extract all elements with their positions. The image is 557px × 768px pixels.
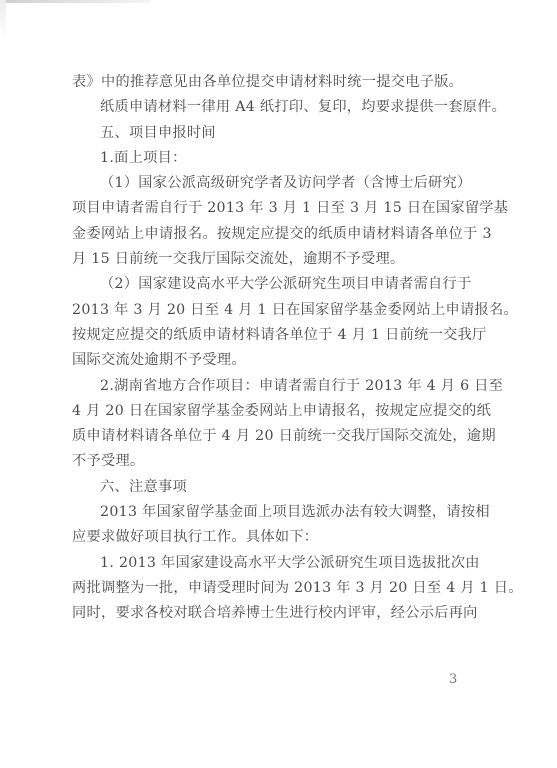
text-line: （2）国家建设高水平大学公派研究生项目申请者需自行于 <box>72 272 458 297</box>
text-line: 4 月 20 日在国家留学基金委网站上申请报名，按规定应提交的纸 <box>72 399 458 424</box>
document-body: 表》中的推荐意见由各单位提交申请材料时统一提交电子版。 纸质申请材料一律用 A4… <box>72 70 458 627</box>
text-line: 国际交流处逾期不予受理。 <box>72 348 458 373</box>
subsection-heading: 1.面上项目： <box>72 146 458 171</box>
text-line: 不予受理。 <box>72 449 458 474</box>
text-line: 2013 年 3 月 20 日至 4 月 1 日在国家留学基金委网站上申请报名。 <box>72 298 458 323</box>
section-heading: 六、注意事项 <box>72 475 458 500</box>
text-line: （1）国家公派高级研究学者及访问学者（含博士后研究） <box>72 171 458 196</box>
text-line: 月 15 日前统一交我厅国际交流处，逾期不予受理。 <box>72 247 458 272</box>
text-line: 2013 年国家留学基金面上项目选派办法有较大调整，请按相 <box>72 500 458 525</box>
text-line: 同时，要求各校对联合培养博士生进行校内评审，经公示后再向 <box>72 601 458 626</box>
text-line: 两批调整为一批，申请受理时间为 2013 年 3 月 20 日至 4 月 1 日… <box>72 576 458 601</box>
text-line: 纸质申请材料一律用 A4 纸打印、复印，均要求提供一套原件。 <box>72 95 458 120</box>
scan-side-shadow <box>0 0 6 40</box>
section-heading: 五、项目申报时间 <box>72 121 458 146</box>
page-number: 3 <box>449 672 457 687</box>
text-line: 按规定应提交的纸质申请材料请各单位于 4 月 1 日前统一交我厅 <box>72 323 458 348</box>
text-line: 表》中的推荐意见由各单位提交申请材料时统一提交电子版。 <box>72 70 458 95</box>
text-line: 项目申请者需自行于 2013 年 3 月 1 日至 3 月 15 日在国家留学基 <box>72 196 458 221</box>
subsection-heading: 2.湖南省地方合作项目：申请者需自行于 2013 年 4 月 6 日至 <box>72 374 458 399</box>
text-line: 1. 2013 年国家建设高水平大学公派研究生项目选拔批次由 <box>72 551 458 576</box>
text-line: 应要求做好项目执行工作。具体如下： <box>72 525 458 550</box>
text-line: 质申请材料请各单位于 4 月 20 日前统一交我厅国际交流处，逾期 <box>72 424 458 449</box>
text-line: 金委网站上申请报名。按规定应提交的纸质申请材料请各单位于 3 <box>72 222 458 247</box>
scan-edge-shadow <box>0 0 150 3</box>
